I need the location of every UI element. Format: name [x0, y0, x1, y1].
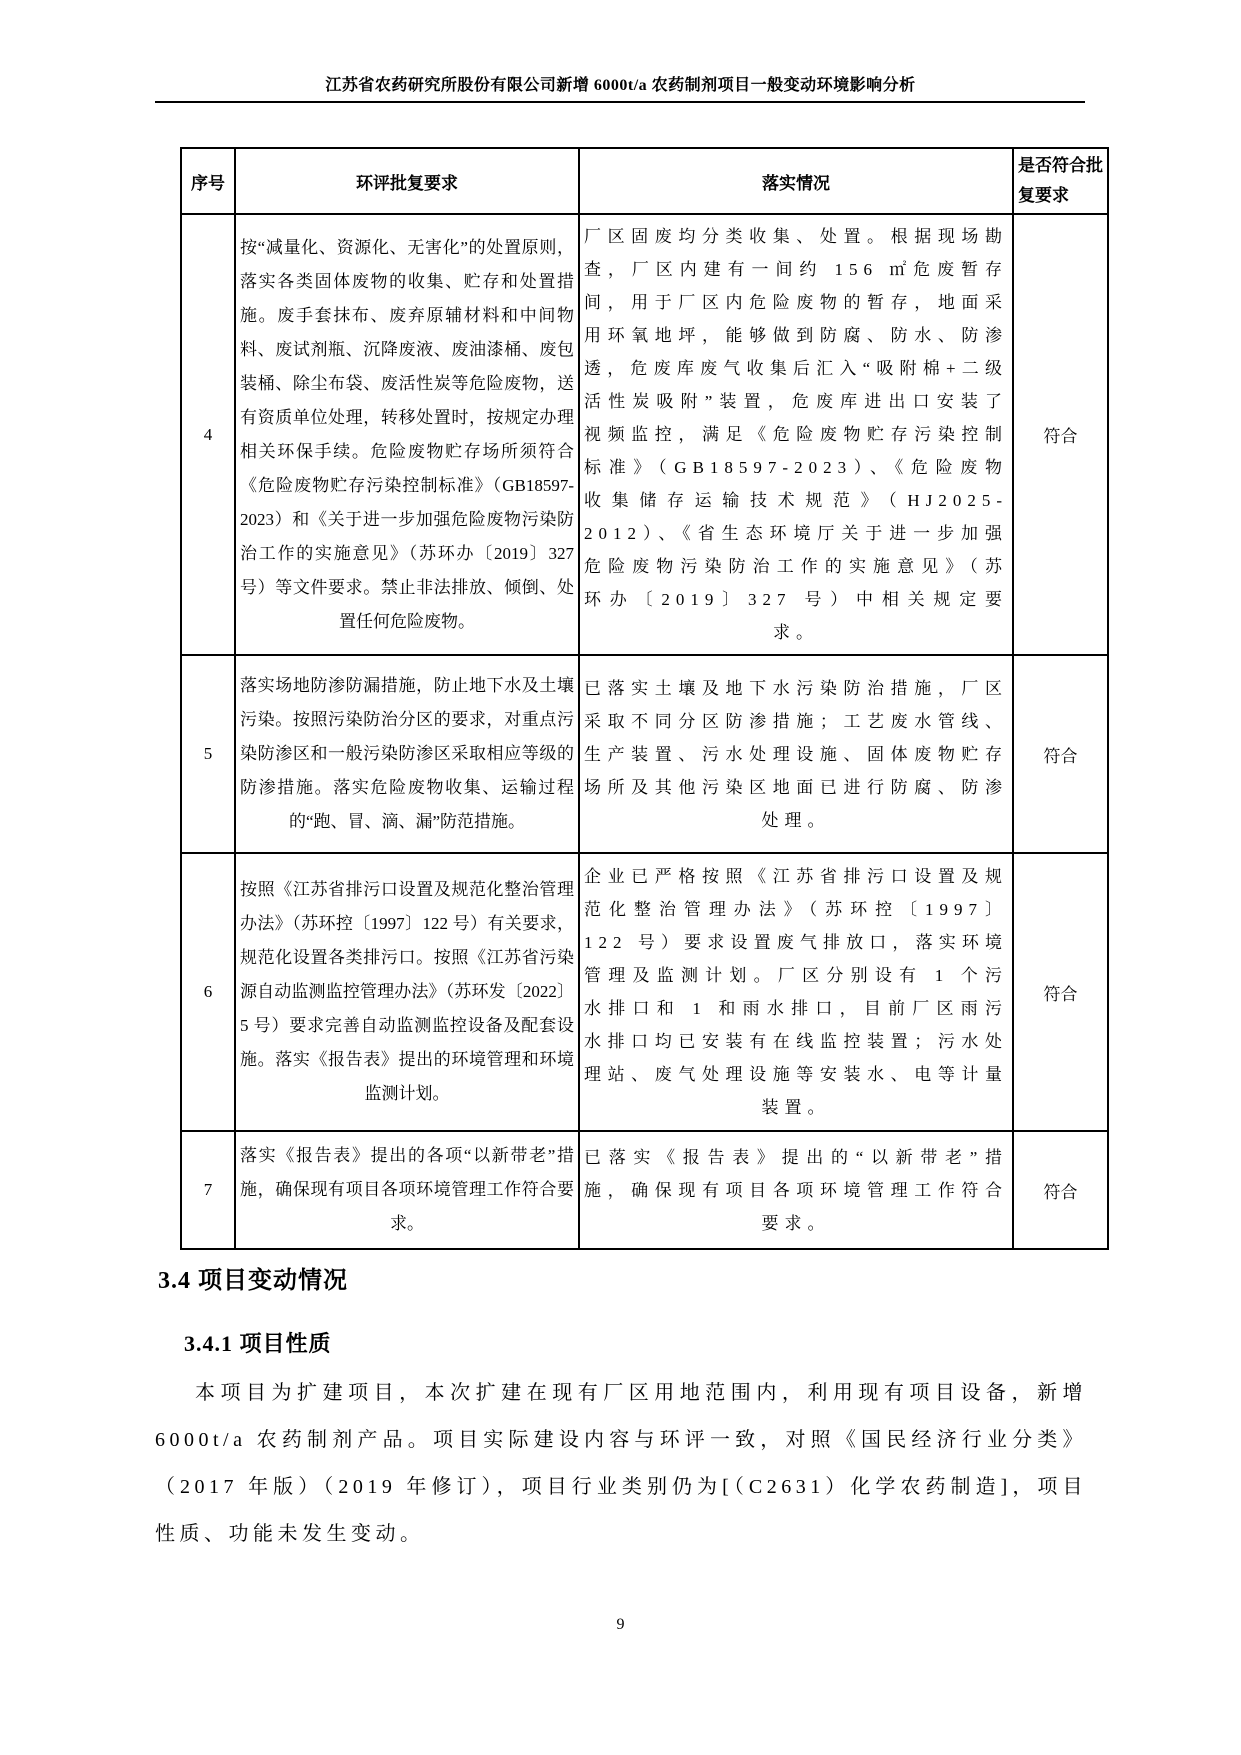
implementation-cell: 已落实土壤及地下水污染防治措施，厂区采取不同分区防渗措施；工艺废水管线、生产装置…: [579, 655, 1013, 853]
implementation-cell: 厂区固废均分类收集、处置。根据现场勘查，厂区内建有一间约 156 ㎡危废暂存间，…: [579, 214, 1013, 655]
col-header-no: 序号: [181, 148, 235, 214]
header-title: 江苏省农药研究所股份有限公司新增 6000t/a 农药制剂项目一般变动环境影响分…: [0, 72, 1241, 95]
row-no-cell: 5: [181, 655, 235, 853]
compliance-cell: 符合: [1013, 655, 1108, 853]
document-page: 江苏省农药研究所股份有限公司新增 6000t/a 农药制剂项目一般变动环境影响分…: [0, 0, 1241, 1755]
compliance-cell: 符合: [1013, 1131, 1108, 1249]
requirement-cell: 落实场地防渗防漏措施，防止地下水及土壤污染。按照污染防治分区的要求，对重点污染防…: [235, 655, 579, 853]
compliance-cell: 符合: [1013, 214, 1108, 655]
row-no-cell: 7: [181, 1131, 235, 1249]
header-rule: [155, 101, 1085, 103]
page-number: 9: [0, 1616, 1241, 1634]
table-header-row: 序号 环评批复要求 落实情况 是否符合批复要求: [181, 148, 1108, 214]
requirement-cell: 按照《江苏省排污口设置及规范化整治管理办法》（苏环控〔1997〕122 号）有关…: [235, 853, 579, 1131]
table-row: 4 按“减量化、资源化、无害化”的处置原则，落实各类固体废物的收集、贮存和处置措…: [181, 214, 1108, 655]
requirement-cell: 按“减量化、资源化、无害化”的处置原则，落实各类固体废物的收集、贮存和处置措施。…: [235, 214, 579, 655]
implementation-cell: 已落实《报告表》提出的“以新带老”措施，确保现有项目各项环境管理工作符合要求。: [579, 1131, 1013, 1249]
table-row: 5 落实场地防渗防漏措施，防止地下水及土壤污染。按照污染防治分区的要求，对重点污…: [181, 655, 1108, 853]
col-header-requirement: 环评批复要求: [235, 148, 579, 214]
col-header-implementation: 落实情况: [579, 148, 1013, 214]
implementation-cell: 企业已严格按照《江苏省排污口设置及规范化整治管理办法》（苏环控〔1997〕122…: [579, 853, 1013, 1131]
row-no-cell: 4: [181, 214, 235, 655]
subsection-heading: 3.4.1 项目性质: [184, 1327, 332, 1358]
body-paragraph: 本项目为扩建项目，本次扩建在现有厂区用地范围内，利用现有项目设备，新增 6000…: [155, 1370, 1087, 1558]
col-header-compliance: 是否符合批复要求: [1013, 148, 1108, 214]
row-no-cell: 6: [181, 853, 235, 1131]
section-heading: 3.4 项目变动情况: [158, 1260, 348, 1295]
table-row: 7 落实《报告表》提出的各项“以新带老”措施，确保现有项目各项环境管理工作符合要…: [181, 1131, 1108, 1249]
compliance-table: 序号 环评批复要求 落实情况 是否符合批复要求 4 按“减量化、资源化、无害化”…: [180, 147, 1109, 1250]
requirement-cell: 落实《报告表》提出的各项“以新带老”措施，确保现有项目各项环境管理工作符合要求。: [235, 1131, 579, 1249]
compliance-cell: 符合: [1013, 853, 1108, 1131]
table-row: 6 按照《江苏省排污口设置及规范化整治管理办法》（苏环控〔1997〕122 号）…: [181, 853, 1108, 1131]
